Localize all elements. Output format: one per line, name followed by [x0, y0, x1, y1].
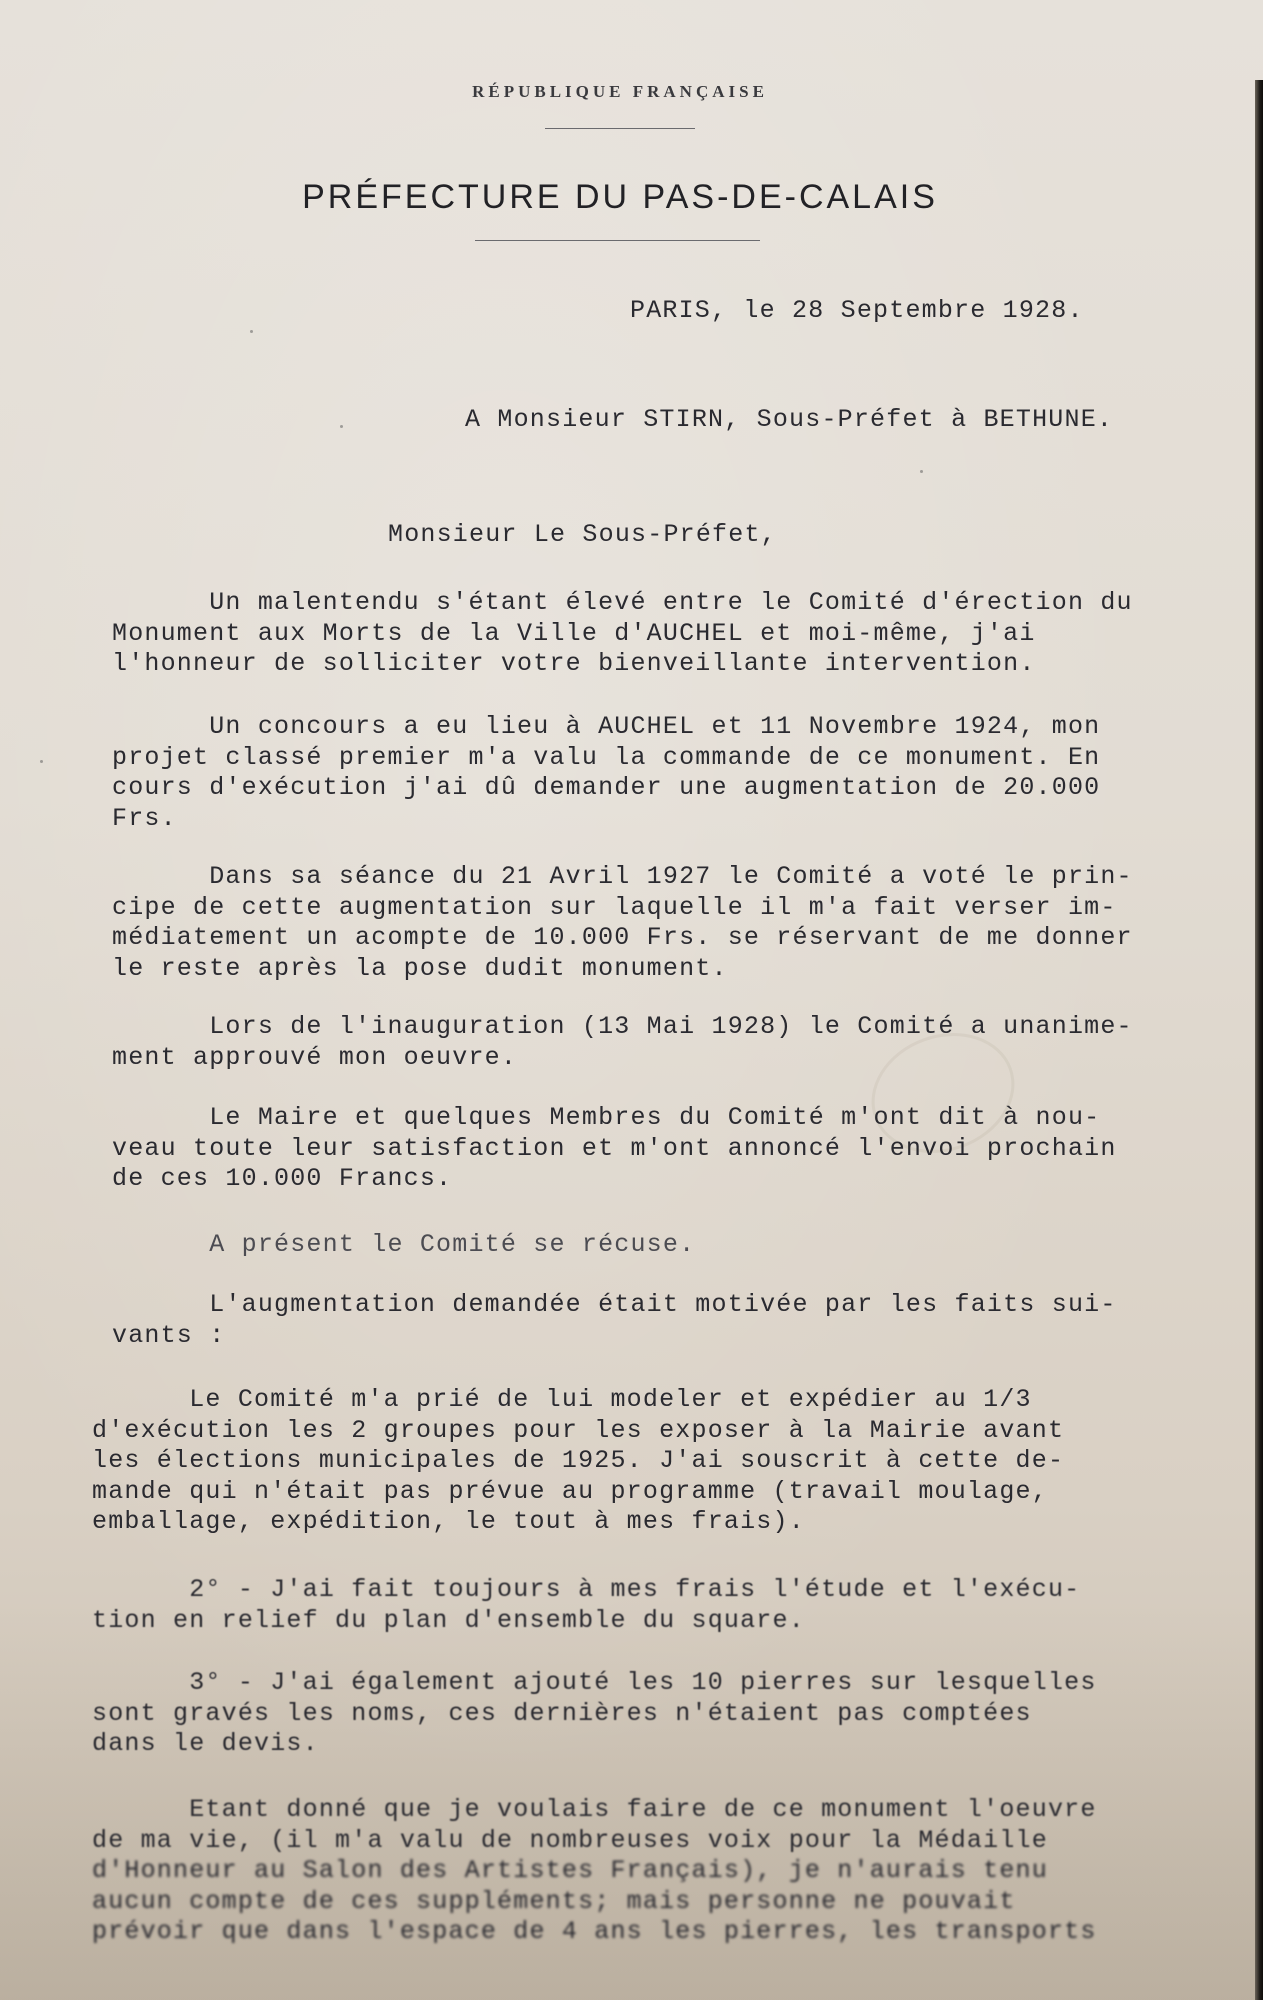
paragraph-2-line: Frs. [112, 804, 177, 833]
paragraph-2-line: cours d'exécution j'ai dû demander une a… [112, 773, 1100, 802]
paragraph-6-line: A présent le Comité se récuse. [112, 1230, 695, 1259]
paragraph-1-line: l'honneur de solliciter votre bienveilla… [112, 649, 1036, 678]
paragraph-3-line: cipe de cette augmentation sur laquelle … [112, 893, 1117, 922]
paragraph-7-line: vants : [112, 1321, 225, 1350]
paragraph-10-line: sont gravés les noms, ces dernières n'ét… [92, 1699, 1032, 1728]
recipient-line: A Monsieur STIRN, Sous-Préfet à BETHUNE. [465, 405, 1113, 434]
paragraph-9-line: 2° - J'ai fait toujours à mes frais l'ét… [92, 1575, 1080, 1604]
page-edge-shadow [1255, 80, 1263, 2000]
paragraph-8-line: Le Comité m'a prié de lui modeler et exp… [92, 1385, 1032, 1414]
paragraph-10-line: dans le devis. [92, 1729, 319, 1758]
paragraph-3-line: médiatement un acompte de 10.000 Frs. se… [112, 923, 1133, 952]
paragraph-8-line: emballage, expédition, le tout à mes fra… [92, 1507, 805, 1536]
paper-speck [40, 760, 43, 763]
header-divider [475, 240, 760, 241]
paragraph-4-line: Lors de l'inauguration (13 Mai 1928) le … [112, 1012, 1133, 1041]
header-divider [545, 128, 695, 129]
paragraph-11-line: de ma vie, (il m'a valu de nombreuses vo… [92, 1826, 1048, 1855]
paragraph-9-line: tion en relief du plan d'ensemble du squ… [92, 1606, 805, 1635]
paragraph-4-line: ment approuvé mon oeuvre. [112, 1043, 517, 1072]
paragraph-8-line: d'exécution les 2 groupes pour les expos… [92, 1416, 1064, 1445]
paper-speck [920, 470, 923, 473]
paragraph-3-line: le reste après la pose dudit monument. [112, 954, 728, 983]
paragraph-8-line: les élections municipales de 1925. J'ai … [92, 1446, 1064, 1475]
salutation: Monsieur Le Sous-Préfet, [388, 520, 777, 549]
paper-speck [340, 425, 343, 428]
prefecture-header: PRÉFECTURE DU PAS-DE-CALAIS [0, 178, 1240, 217]
paragraph-11-line: prévoir que dans l'espace de 4 ans les p… [92, 1917, 1097, 1946]
paragraph-3-line: Dans sa séance du 21 Avril 1927 le Comit… [112, 862, 1133, 891]
paragraph-11-line: aucun compte de ces suppléments; mais pe… [92, 1887, 1016, 1916]
paragraph-1-line: Un malentendu s'étant élevé entre le Com… [112, 588, 1133, 617]
paragraph-11-line: d'Honneur au Salon des Artistes Français… [92, 1856, 1048, 1885]
paragraph-11-line: Etant donné que je voulais faire de ce m… [92, 1795, 1097, 1824]
date-line: PARIS, le 28 Septembre 1928. [630, 296, 1084, 325]
paragraph-7-line: L'augmentation demandée était motivée pa… [112, 1290, 1117, 1319]
paragraph-5-line: de ces 10.000 Francs. [112, 1164, 452, 1193]
paragraph-1-line: Monument aux Morts de la Ville d'AUCHEL … [112, 619, 1036, 648]
paper-speck [250, 330, 253, 333]
paragraph-10-line: 3° - J'ai également ajouté les 10 pierre… [92, 1668, 1097, 1697]
paragraph-5-line: Le Maire et quelques Membres du Comité m… [112, 1103, 1100, 1132]
paragraph-2-line: Un concours a eu lieu à AUCHEL et 11 Nov… [112, 712, 1100, 741]
paragraph-5-line: veau toute leur satisfaction et m'ont an… [112, 1134, 1117, 1163]
paragraph-8-line: mande qui n'était pas prévue au programm… [92, 1477, 1048, 1506]
paragraph-2-line: projet classé premier m'a valu la comman… [112, 743, 1100, 772]
republic-header: RÉPUBLIQUE FRANÇAISE [0, 82, 1240, 102]
